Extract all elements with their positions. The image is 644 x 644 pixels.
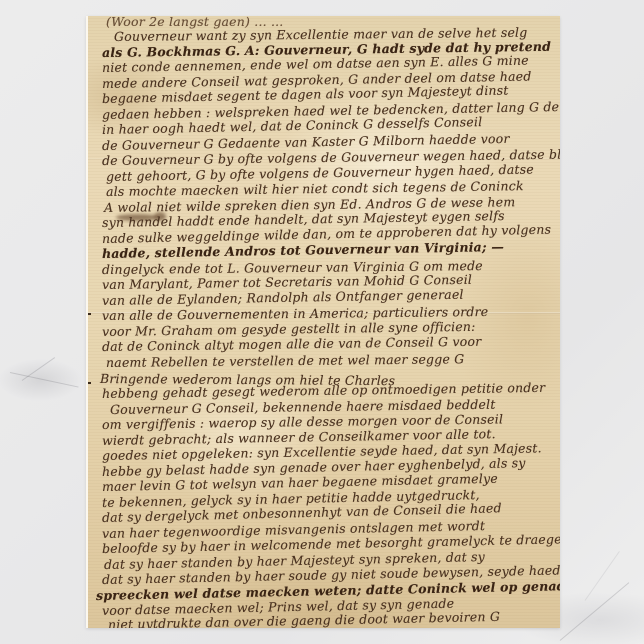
margin-mark [88, 382, 91, 384]
margin-mark [88, 313, 91, 315]
manuscript-page: (Woor 2e langst gaen) ... ... Gouverneur… [86, 16, 560, 628]
marble-vein [560, 582, 630, 641]
marble-vein [10, 372, 79, 388]
